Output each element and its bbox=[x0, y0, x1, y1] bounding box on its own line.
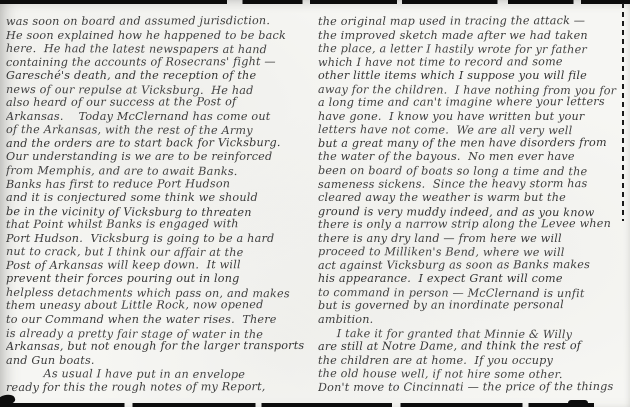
handwritten-line: ready for this the rough notes of my Rep… bbox=[6, 380, 309, 395]
handwritten-line: but is governed by an inordinate persona… bbox=[318, 298, 626, 313]
handwritten-line: them uneasy about Little Rock, now opene… bbox=[6, 298, 309, 313]
handwritten-line: there is only a narrow strip along the L… bbox=[318, 217, 626, 232]
handwritten-line: the improved sketch made after we had ta… bbox=[318, 29, 626, 43]
handwritten-line: and Gun boats. bbox=[6, 354, 309, 368]
handwritten-line: that Point whilst Banks is engaged with bbox=[6, 217, 309, 232]
handwritten-line: the children are at home. If you occupy bbox=[318, 354, 626, 368]
handwritten-line: Port Hudson. Vicksburg is going to be a … bbox=[6, 232, 309, 246]
handwritten-line: other little items which I suppose you w… bbox=[318, 69, 626, 83]
handwritten-line: Don't move to Cincinnati — the price of … bbox=[318, 380, 626, 395]
handwritten-line: ambition. bbox=[318, 313, 626, 327]
handwritten-line: act against Vicksburg as soon as Banks m… bbox=[318, 258, 626, 273]
handwritten-line: Arkansas, but not enough for the larger … bbox=[6, 339, 309, 354]
handwritten-line: Our understanding is we are to be reinfo… bbox=[6, 150, 309, 164]
handwritten-line: the original map used in tracing the att… bbox=[318, 15, 626, 29]
handwritten-line: also heard of our success at the Post of bbox=[6, 95, 309, 110]
handwritten-line: a long time and can't imagine where your… bbox=[318, 95, 626, 110]
scanned-letter-page: was soon on board and assumed jurisdicti… bbox=[0, 0, 630, 407]
handwritten-line: Garesché's death, and the reception of t… bbox=[6, 69, 309, 83]
handwritten-line: there is any dry land — from here we wil… bbox=[318, 232, 626, 246]
handwritten-line: and it is conjectured some think we shou… bbox=[6, 191, 309, 205]
handwritten-line: Arkansas. Today McClernand has come out bbox=[6, 110, 309, 124]
handwritten-line: have gone. I know you have written but y… bbox=[318, 110, 626, 124]
handwritten-line: and the orders are to start back for Vic… bbox=[6, 136, 309, 151]
handwritten-line: but a great many of the men have disorde… bbox=[318, 136, 626, 151]
handwritten-line: Post of Arkansas will keep down. It will bbox=[6, 258, 309, 273]
handwritten-line: which I have not time to record and some bbox=[318, 55, 626, 70]
handwritten-line: prevent their forces pouring out in long bbox=[6, 272, 309, 286]
handwritten-line: He soon explained how he happened to be … bbox=[6, 29, 309, 43]
handwritten-line: are still at Notre Dame, and think the r… bbox=[318, 339, 626, 354]
handwritten-line: to our Command when the water rises. The… bbox=[6, 313, 309, 327]
letter-columns: was soon on board and assumed jurisdicti… bbox=[0, 0, 630, 407]
handwriting-column-left: was soon on board and assumed jurisdicti… bbox=[6, 15, 309, 407]
handwritten-line: sameness sickens. Since the heavy storm … bbox=[318, 176, 626, 191]
handwritten-line: was soon on board and assumed jurisdicti… bbox=[6, 15, 309, 29]
handwritten-line: his appearance. I expect Grant will come bbox=[318, 272, 626, 286]
handwritten-line: cleared away the weather is warm but the bbox=[318, 191, 626, 205]
handwritten-line: containing the accounts of Rosecrans' fi… bbox=[6, 55, 309, 70]
handwritten-line: Banks has first to reduce Port Hudson bbox=[6, 177, 309, 192]
handwritten-line: the water of the bayous. No men ever hav… bbox=[318, 150, 626, 164]
handwriting-column-right: the original map used in tracing the att… bbox=[318, 15, 626, 407]
